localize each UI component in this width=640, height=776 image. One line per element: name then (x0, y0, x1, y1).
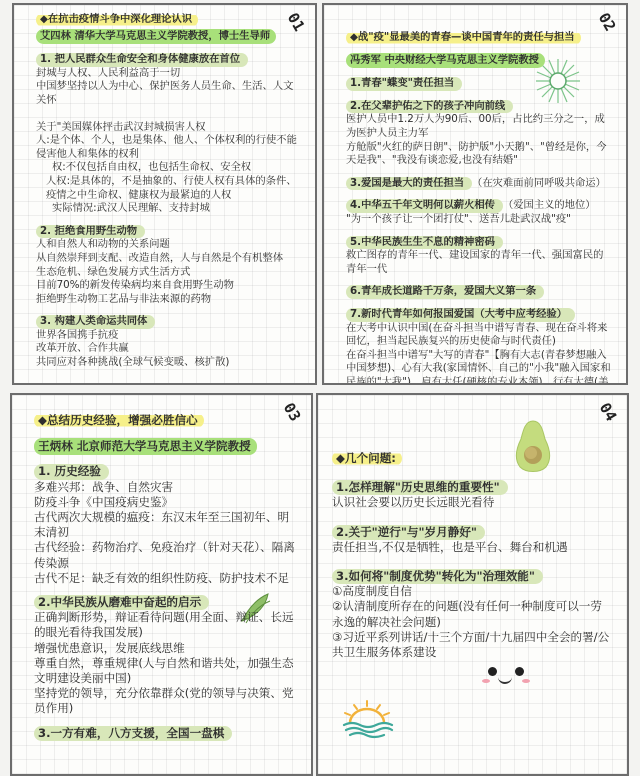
section-5: 5.中华民族生生不息的精神密码 救亡图存的青年一代、建设国家的青年一代、强国富民… (346, 236, 612, 277)
text-line: 人权:是具体的，不是抽象的、行使人权有具体的条件、疫情之中生命权、健康权为最紧迫… (36, 175, 301, 202)
text-line: 人和自然人和动物的关系问题 (36, 238, 301, 252)
text-line: 实际情况:武汉人民理解、支持封城 (36, 202, 301, 216)
text-line: 增强忧患意识，发展底线思维 (34, 641, 297, 656)
section-heading: 1.青春"蝶变"责任担当 (346, 77, 462, 91)
text-line: 医护人员中1.2万人为90后、00后，占比约三分之一，成为医护人员主力军 (346, 113, 612, 140)
text-line: 人:是个体、个人，也是集体、他人、个体权利的行使不能侵害他人和集体的权利 (36, 134, 301, 161)
note-card-04: 04 ◆几个问题: 1.怎样理解"历史思维的重要性" 认识社会要以历史长远眼光看… (316, 393, 629, 776)
note-card-01: 01 ◆在抗击疫情斗争中深化理论认识 艾四林 清华大学马克思主义学院教授，博士生… (12, 3, 317, 385)
card-number: 04 (596, 400, 621, 425)
section-heading: 3.如何将"制度优势"转化为"治理效能" (332, 569, 543, 584)
text-line: 坚持党的领导，充分依靠群众(党的领导与决策、党员作用) (34, 686, 297, 716)
text-line: 古代经验：药物治疗、免疫治疗（针对天花）、隔离传染源 (34, 540, 297, 570)
text-line: ②认清制度所存在的问题(没有任何一种制度可以一劳永逸的解决社会问题) (332, 599, 613, 629)
section-heading: 6.青年成长道路千万条，爱国大义第一条 (346, 285, 544, 299)
card-content: ◆几个问题: 1.怎样理解"历史思维的重要性" 认识社会要以历史长远眼光看待 2… (332, 451, 613, 660)
section-heading: 4.中华五千年文明何以薪火相传 (346, 199, 503, 213)
text-line: 目前70%的新发传染病均来自食用野生动物 (36, 279, 301, 293)
section-heading: 2.在父辈护佑之下的孩子冲向前线 (346, 100, 513, 114)
text-line: 从自然崇拜到支配、改造自然，人与自然是个有机整体 (36, 252, 301, 266)
section-note: （在灾难面前同呼吸共命运） (472, 177, 606, 189)
section-note: （爱国主义的地位） (503, 199, 596, 211)
card-author: 冯秀军 中央财经大学马克思主义学院教授 (346, 53, 545, 69)
section-heading: 3. 构建人类命运共同体 (36, 315, 155, 329)
text-line: "为一个孩子让一个团打仗"、送吾儿赴武汉战"疫" (346, 213, 612, 227)
section-heading: 7.新时代青年如何报国爱国（大考中应考经验） (346, 308, 575, 322)
section-heading: 1. 历史经验 (34, 464, 109, 479)
section-4: 4.中华五千年文明何以薪火相传（爱国主义的地位） "为一个孩子让一个团打仗"、送… (346, 199, 612, 226)
section-heading: 3.爱国是最大的责任担当 (346, 177, 472, 191)
text-line: 拒绝野生动物工艺品与非法来源的药物 (36, 293, 301, 307)
text-line: 权:不仅包括自由权，也包括生命权、安全权 (36, 161, 301, 175)
section-2: 2.在父辈护佑之下的孩子冲向前线 医护人员中1.2万人为90后、00后，占比约三… (346, 100, 612, 168)
card-title: ◆在抗击疫情斗争中深化理论认识 (36, 13, 198, 27)
text-line: 世界各国携手抗疫 (36, 329, 301, 343)
text-line: 古代不足：缺乏有效的组织性防疫、防护技术不足 (34, 571, 297, 586)
section-1: 1.怎样理解"历史思维的重要性" 认识社会要以历史长远眼光看待 (332, 480, 613, 510)
text-line: 生态危机、绿色发展方式生活方式 (36, 266, 301, 280)
card-content: ◆在抗击疫情斗争中深化理论认识 艾四林 清华大学马克思主义学院教授，博士生导师 … (36, 13, 301, 370)
section-heading: 2.中华民族从磨难中奋起的启示 (34, 595, 209, 610)
text-line: 改革开放、合作共赢 (36, 342, 301, 356)
section-3: 3.一方有难，八方支援，全国一盘棋 (34, 726, 297, 741)
section-heading: 1. 把人民群众生命安全和身体健康放在首位 (36, 53, 248, 67)
text-line: 古代两次大规模的瘟疫：东汉末年至三国初年、明末清初 (34, 510, 297, 540)
card-title: ◆总结历史经验，增强必胜信心 (34, 413, 204, 428)
text-line: ①高度制度自信 (332, 584, 613, 599)
text-line: 在大考中认识中国(在奋斗担当中谱写青春、现在奋斗将来回忆，担当起民族复兴的历史使… (346, 322, 612, 349)
text-line: 防疫斗争《中国疫病史鉴》 (34, 495, 297, 510)
text-line: 在奋斗担当中谱写"大写的青春"【胸有大志(青春梦想融入中国梦想)、心有大我(家国… (346, 349, 612, 385)
smiley-face-icon (478, 667, 534, 701)
card-content: ◆总结历史经验，增强必胜信心 王炳林 北京师范大学马克思主义学院教授 1. 历史… (34, 413, 297, 741)
text-line: 多难兴邦：战争、自然灾害 (34, 480, 297, 495)
text-line: 共同应对各种挑战(全球气候变暖、核扩散) (36, 356, 301, 370)
section-1: 1.青春"蝶变"责任担当 (346, 77, 612, 91)
card-content: ◆战"疫"显最美的青春—谈中国青年的责任与担当 冯秀军 中央财经大学马克思主义学… (346, 31, 612, 385)
text-line: ③习近平系列讲话/十三个方面/十九届四中全会的署/公共卫生服务体系建设 (332, 630, 613, 660)
text-line: 方舱版"火红的萨日朗"、防护版"小天鹅"、"曾经是你，今天是我"、"我没有谈恋爱… (346, 141, 612, 168)
section-2: 2. 拒绝食用野生动物 人和自然人和动物的关系问题 从自然崇拜到支配、改造自然，… (36, 225, 301, 307)
sunrise-waves-icon (340, 699, 394, 739)
note-card-03: 03 ◆总结历史经验，增强必胜信心 王炳林 北京师范大学马克思主义学院教授 1.… (10, 393, 313, 776)
text-line: 尊重自然，尊重规律(人与自然和谐共处，加强生态文明建设美丽中国) (34, 656, 297, 686)
section-heading: 1.怎样理解"历史思维的重要性" (332, 480, 508, 495)
text-line: 中国梦坚持以人为中心、保护医务人员生命、生活、人文关怀 (36, 80, 301, 107)
section-heading: 2. 拒绝食用野生动物 (36, 225, 145, 239)
text-line: 责任担当,不仅是牺牲，也是平台、舞台和机遇 (332, 540, 613, 555)
card-title: ◆几个问题: (332, 451, 402, 466)
section-3: 3. 构建人类命运共同体 世界各国携手抗疫 改革开放、合作共赢 共同应对各种挑战… (36, 315, 301, 369)
card-author: 艾四林 清华大学马克思主义学院教授，博士生导师 (36, 29, 276, 45)
section-heading: 5.中华民族生生不息的精神密码 (346, 236, 503, 250)
section-1: 1. 历史经验 多难兴邦：战争、自然灾害 防疫斗争《中国疫病史鉴》 古代两次大规… (34, 464, 297, 586)
section-1: 1. 把人民群众生命安全和身体健康放在首位 封城与人权、人民利益高于一切 中国梦… (36, 53, 301, 216)
card-author: 王炳林 北京师范大学马克思主义学院教授 (34, 438, 257, 455)
section-2: 2.关于"逆行"与"岁月静好" 责任担当,不仅是牺牲，也是平台、舞台和机遇 (332, 525, 613, 555)
section-3: 3.如何将"制度优势"转化为"治理效能" ①高度制度自信 ②认清制度所存在的问题… (332, 569, 613, 660)
section-6: 6.青年成长道路千万条，爱国大义第一条 (346, 285, 612, 299)
text-line: 封城与人权、人民利益高于一切 (36, 67, 301, 81)
section-heading: 3.一方有难，八方支援，全国一盘棋 (34, 726, 232, 741)
section-3: 3.爱国是最大的责任担当（在灾难面前同呼吸共命运） (346, 177, 612, 191)
section-heading: 2.关于"逆行"与"岁月静好" (332, 525, 485, 540)
text-line: 认识社会要以历史长远眼光看待 (332, 495, 613, 510)
section-2: 2.中华民族从磨难中奋起的启示 正确判断形势，辩证看待问题(用全面、辩证、长远的… (34, 595, 297, 717)
text-line: 正确判断形势，辩证看待问题(用全面、辩证、长远的眼光看待我国发展) (34, 610, 297, 640)
note-card-02: 02 ◆战"疫"显最美的青春—谈中国青年的责任与担当 冯秀军 中央财经大学马克思… (322, 3, 628, 385)
text-line: 关于"美国媒体抨击武汉封城损害人权 (36, 121, 301, 135)
card-title: ◆战"疫"显最美的青春—谈中国青年的责任与担当 (346, 31, 581, 45)
text-line: 救亡图存的青年一代、建设国家的青年一代、强国富民的青年一代 (346, 249, 612, 276)
section-7: 7.新时代青年如何报国爱国（大考中应考经验） 在大考中认识中国(在奋斗担当中谱写… (346, 308, 612, 385)
